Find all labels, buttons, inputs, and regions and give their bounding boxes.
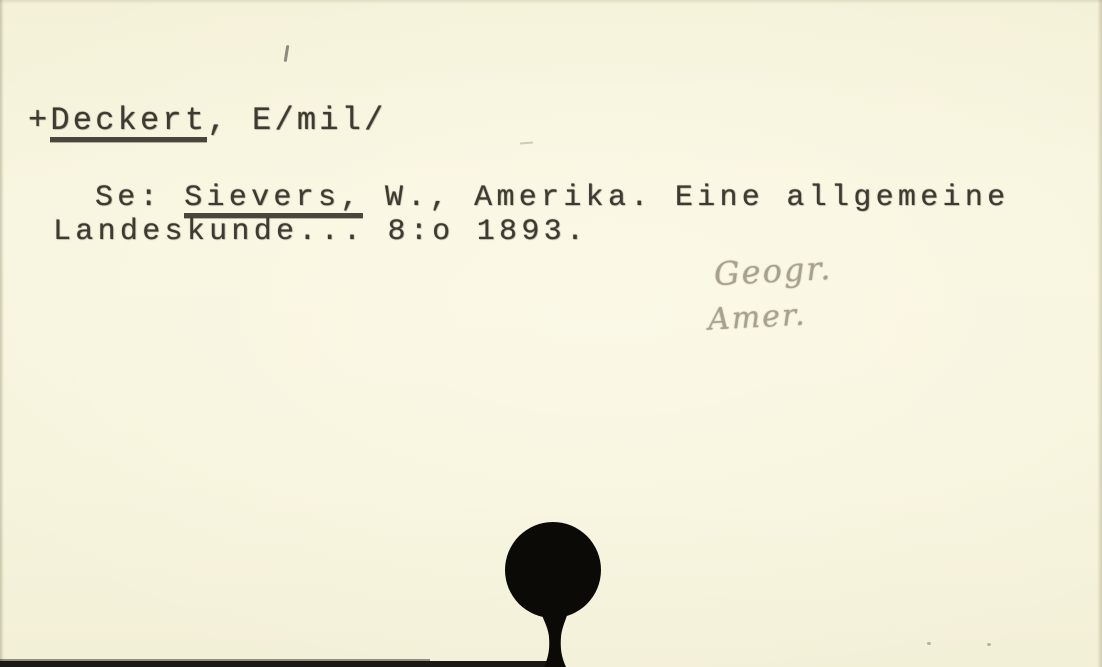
catalog-card: +Deckert, E/mil/ Se: Sievers, W., Amerik… (0, 0, 1102, 667)
punch-hole-and-bottom-strip (0, 0, 1102, 667)
punch-hole-stem (536, 598, 572, 667)
